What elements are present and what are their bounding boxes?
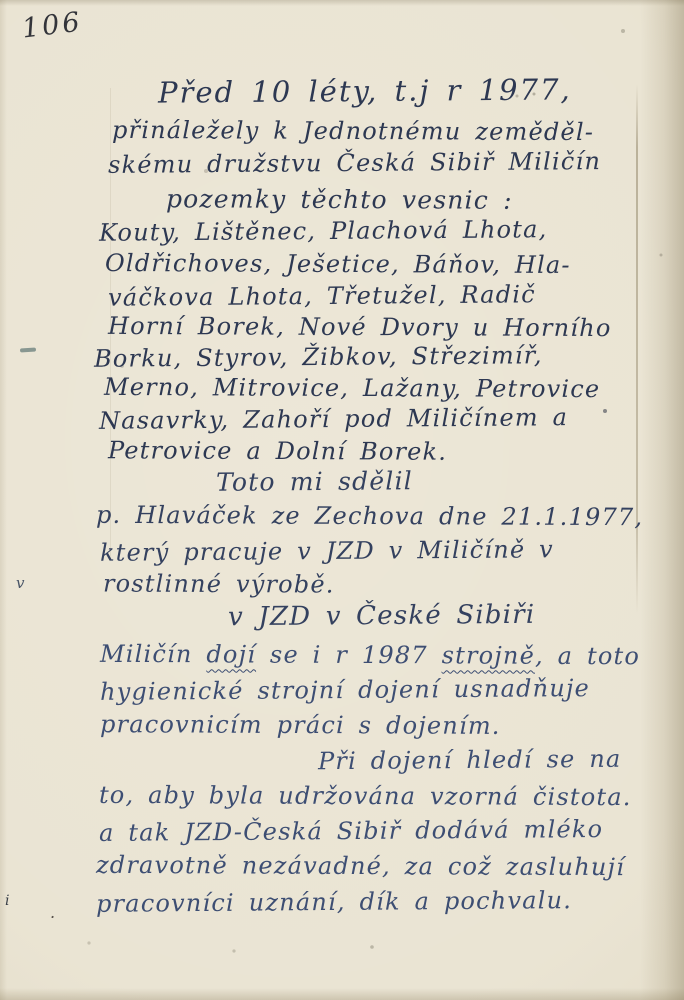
section-heading-line: v JZD v České Sibiři bbox=[228, 600, 536, 632]
village-list-line: váčkova Lhota, Třetužel, Radič bbox=[108, 280, 536, 311]
village-list-line: Oldřichoves, Ješetice, Báňov, Hla- bbox=[105, 249, 571, 279]
village-list-line: Kouty, Lištěnec, Plachová Lhota, bbox=[99, 215, 548, 247]
manuscript-line-with-wavy-underline: Miličín dojí se i r 1987 strojně, a toto bbox=[100, 640, 640, 670]
page-crease-right bbox=[636, 84, 638, 614]
manuscript-line: hygienické strojní dojení usnadňuje bbox=[100, 674, 590, 706]
manuscript-line: rostlinné výrobě. bbox=[103, 569, 335, 598]
margin-tick-mark: i bbox=[5, 893, 9, 909]
margin-check-mark: v bbox=[16, 574, 24, 592]
manuscript-line: to, aby byla udržována vzorná čistota. bbox=[99, 781, 632, 811]
scan-edge-top bbox=[0, 0, 684, 6]
line-fragment: Miličín bbox=[100, 640, 207, 668]
village-list-line: Petrovice a Dolní Borek. bbox=[108, 436, 447, 465]
margin-dot-mark: . bbox=[50, 903, 55, 922]
page-number: 106 bbox=[20, 6, 84, 44]
wavy-underlined-word: dojí bbox=[206, 640, 256, 668]
date-heading-line: Před 10 léty, t.j r 1977, bbox=[158, 72, 572, 109]
manuscript-line: zdravotně nezávadné, za což zasluhují bbox=[96, 851, 625, 881]
line-fragment: , a toto bbox=[535, 642, 640, 670]
manuscript-line: skému družstvu Česká Sibiř Miličín bbox=[108, 147, 601, 179]
manuscript-line: pracovnicím práci s dojením. bbox=[100, 710, 501, 740]
manuscript-line: přináležely k Jednotnému zeměděl- bbox=[112, 116, 594, 146]
margin-dash-mark bbox=[20, 347, 36, 352]
manuscript-line: Toto mi sdělil bbox=[216, 466, 413, 497]
scan-edge-bottom bbox=[0, 988, 684, 1000]
village-list-line: Nasavrky, Zahoří pod Miličínem a bbox=[99, 403, 568, 435]
manuscript-line: pozemky těchto vesnic : bbox=[166, 184, 513, 215]
scan-edge-left bbox=[0, 0, 7, 1000]
manuscript-line: p. Hlaváček ze Zechova dne 21.1.1977, bbox=[96, 501, 643, 531]
manuscript-line: a tak JZD-Česká Sibiř dodává mléko bbox=[99, 815, 603, 847]
manuscript-line: který pracuje v JZD v Miličíně v bbox=[100, 535, 554, 567]
scanned-chronicle-page: 106 Před 10 léty, t.j r 1977, přináležel… bbox=[0, 0, 684, 1000]
wavy-underlined-word: strojně bbox=[442, 641, 536, 669]
line-fragment: se i r 1987 bbox=[256, 641, 442, 670]
manuscript-line: Při dojení hledí se na bbox=[318, 745, 622, 775]
paper-specks bbox=[0, 0, 2, 2]
scan-edge-right bbox=[640, 0, 684, 1000]
village-list-line: Merno, Mitrovice, Lažany, Petrovice bbox=[104, 373, 600, 403]
village-list-line: Horní Borek, Nové Dvory u Horního bbox=[108, 312, 612, 342]
manuscript-line: pracovníci uznání, dík a pochvalu. bbox=[96, 886, 572, 918]
village-list-line: Borku, Styrov, Žibkov, Střezimíř, bbox=[94, 341, 543, 373]
